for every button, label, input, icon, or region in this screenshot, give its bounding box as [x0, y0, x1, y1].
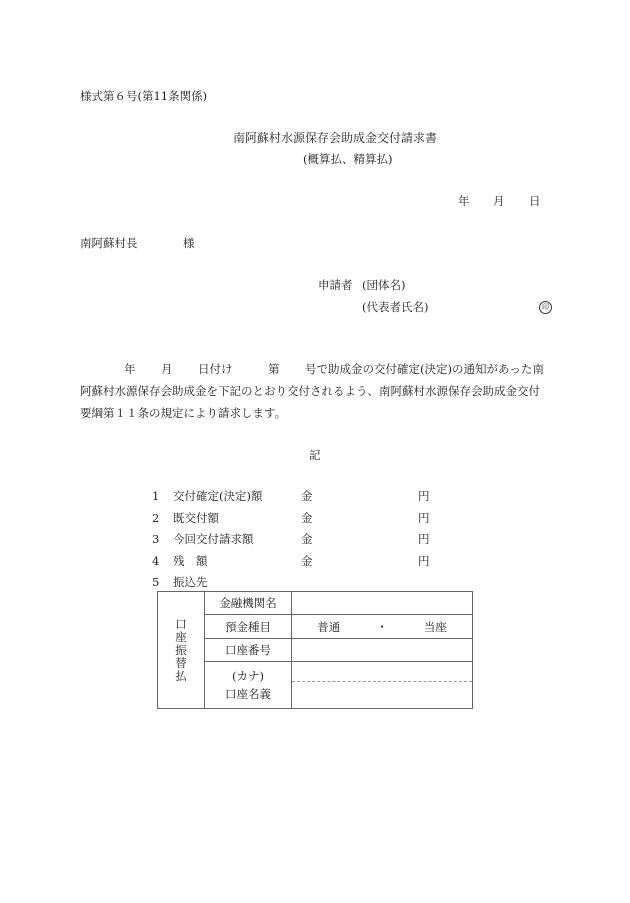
addressee-name: 南阿蘇村長	[80, 236, 138, 250]
account-holder-field[interactable]	[292, 662, 473, 709]
form-number: 様式第６号(第11条関係)	[80, 89, 207, 103]
date-year[interactable]: 年	[458, 194, 470, 208]
ki-heading: 記	[309, 448, 321, 462]
item-label: 振込先	[173, 575, 208, 589]
date-day[interactable]: 日	[529, 194, 541, 208]
item-number: 3	[152, 532, 159, 546]
item-label: 残 額	[173, 554, 208, 568]
item-label: 交付確定(決定)額	[173, 489, 262, 503]
document-subtitle: (概算払、精算払)	[303, 152, 392, 166]
item-prefix: 金	[301, 532, 313, 546]
holder-label: 口座名義	[205, 685, 291, 703]
account-number-label: 口座番号	[205, 639, 292, 662]
table-row: 口 座 振 替 払 金融機関名	[158, 592, 473, 615]
kana-label: (カナ)	[205, 667, 291, 685]
deposit-type-ordinary[interactable]: 普通	[317, 619, 340, 635]
body-day: 日付け	[198, 362, 233, 376]
side-char: 口	[158, 618, 204, 631]
deposit-type-label: 預金種目	[205, 615, 292, 639]
deposit-type-separator: ・	[376, 619, 388, 635]
item-prefix: 金	[301, 489, 313, 503]
table-row: 口座番号	[158, 639, 473, 662]
account-holder-label: (カナ) 口座名義	[205, 662, 292, 709]
addressee-honorific: 様	[183, 236, 195, 250]
item-unit: 円	[418, 489, 430, 503]
item-number: 2	[152, 511, 159, 525]
side-char: 払	[158, 670, 204, 683]
item-unit: 円	[418, 511, 430, 525]
item-number: 1	[152, 489, 159, 503]
body-line3: 要綱第１１条の規定により請求します。	[80, 406, 286, 420]
date-month[interactable]: 月	[493, 194, 505, 208]
deposit-type-current[interactable]: 当座	[424, 619, 447, 635]
body-dai: 第	[268, 362, 280, 376]
table-row: (カナ) 口座名義	[158, 662, 473, 709]
account-number-field[interactable]	[292, 639, 473, 662]
account-transfer-label: 口 座 振 替 払	[158, 592, 205, 709]
item-label: 既交付額	[173, 511, 219, 525]
bank-name-field[interactable]	[292, 592, 473, 615]
document-title: 南阿蘇村水源保存会助成金交付請求書	[233, 131, 437, 145]
side-char: 替	[158, 657, 204, 670]
side-char: 座	[158, 631, 204, 644]
applicant-label: 申請者	[318, 278, 353, 292]
item-number: 5	[152, 575, 159, 589]
body-year: 年	[124, 362, 136, 376]
kana-divider	[292, 681, 472, 682]
item-unit: 円	[418, 554, 430, 568]
item-number: 4	[152, 554, 159, 568]
bank-transfer-table: 口 座 振 替 払 金融機関名 預金種目 普通 ・ 当座 口座番号 (カナ) 口…	[157, 591, 473, 709]
applicant-rep-label: (代表者氏名)	[362, 300, 428, 314]
seal-icon: 印	[539, 301, 552, 314]
item-unit: 円	[418, 532, 430, 546]
item-label: 今回交付請求額	[173, 532, 254, 546]
side-char: 振	[158, 644, 204, 657]
deposit-type-field[interactable]: 普通 ・ 当座	[292, 615, 473, 639]
bank-name-label: 金融機関名	[205, 592, 292, 615]
item-prefix: 金	[301, 511, 313, 525]
body-month: 月	[161, 362, 173, 376]
body-line1-rest: 号で助成金の交付確定(決定)の通知があった南	[305, 362, 544, 376]
body-line2: 阿蘇村水源保存会助成金を下記のとおり交付されるよう、南阿蘇村水源保存会助成金交付	[80, 384, 540, 398]
table-row: 預金種目 普通 ・ 当座	[158, 615, 473, 639]
applicant-org-label: (団体名)	[362, 278, 405, 292]
item-prefix: 金	[301, 554, 313, 568]
